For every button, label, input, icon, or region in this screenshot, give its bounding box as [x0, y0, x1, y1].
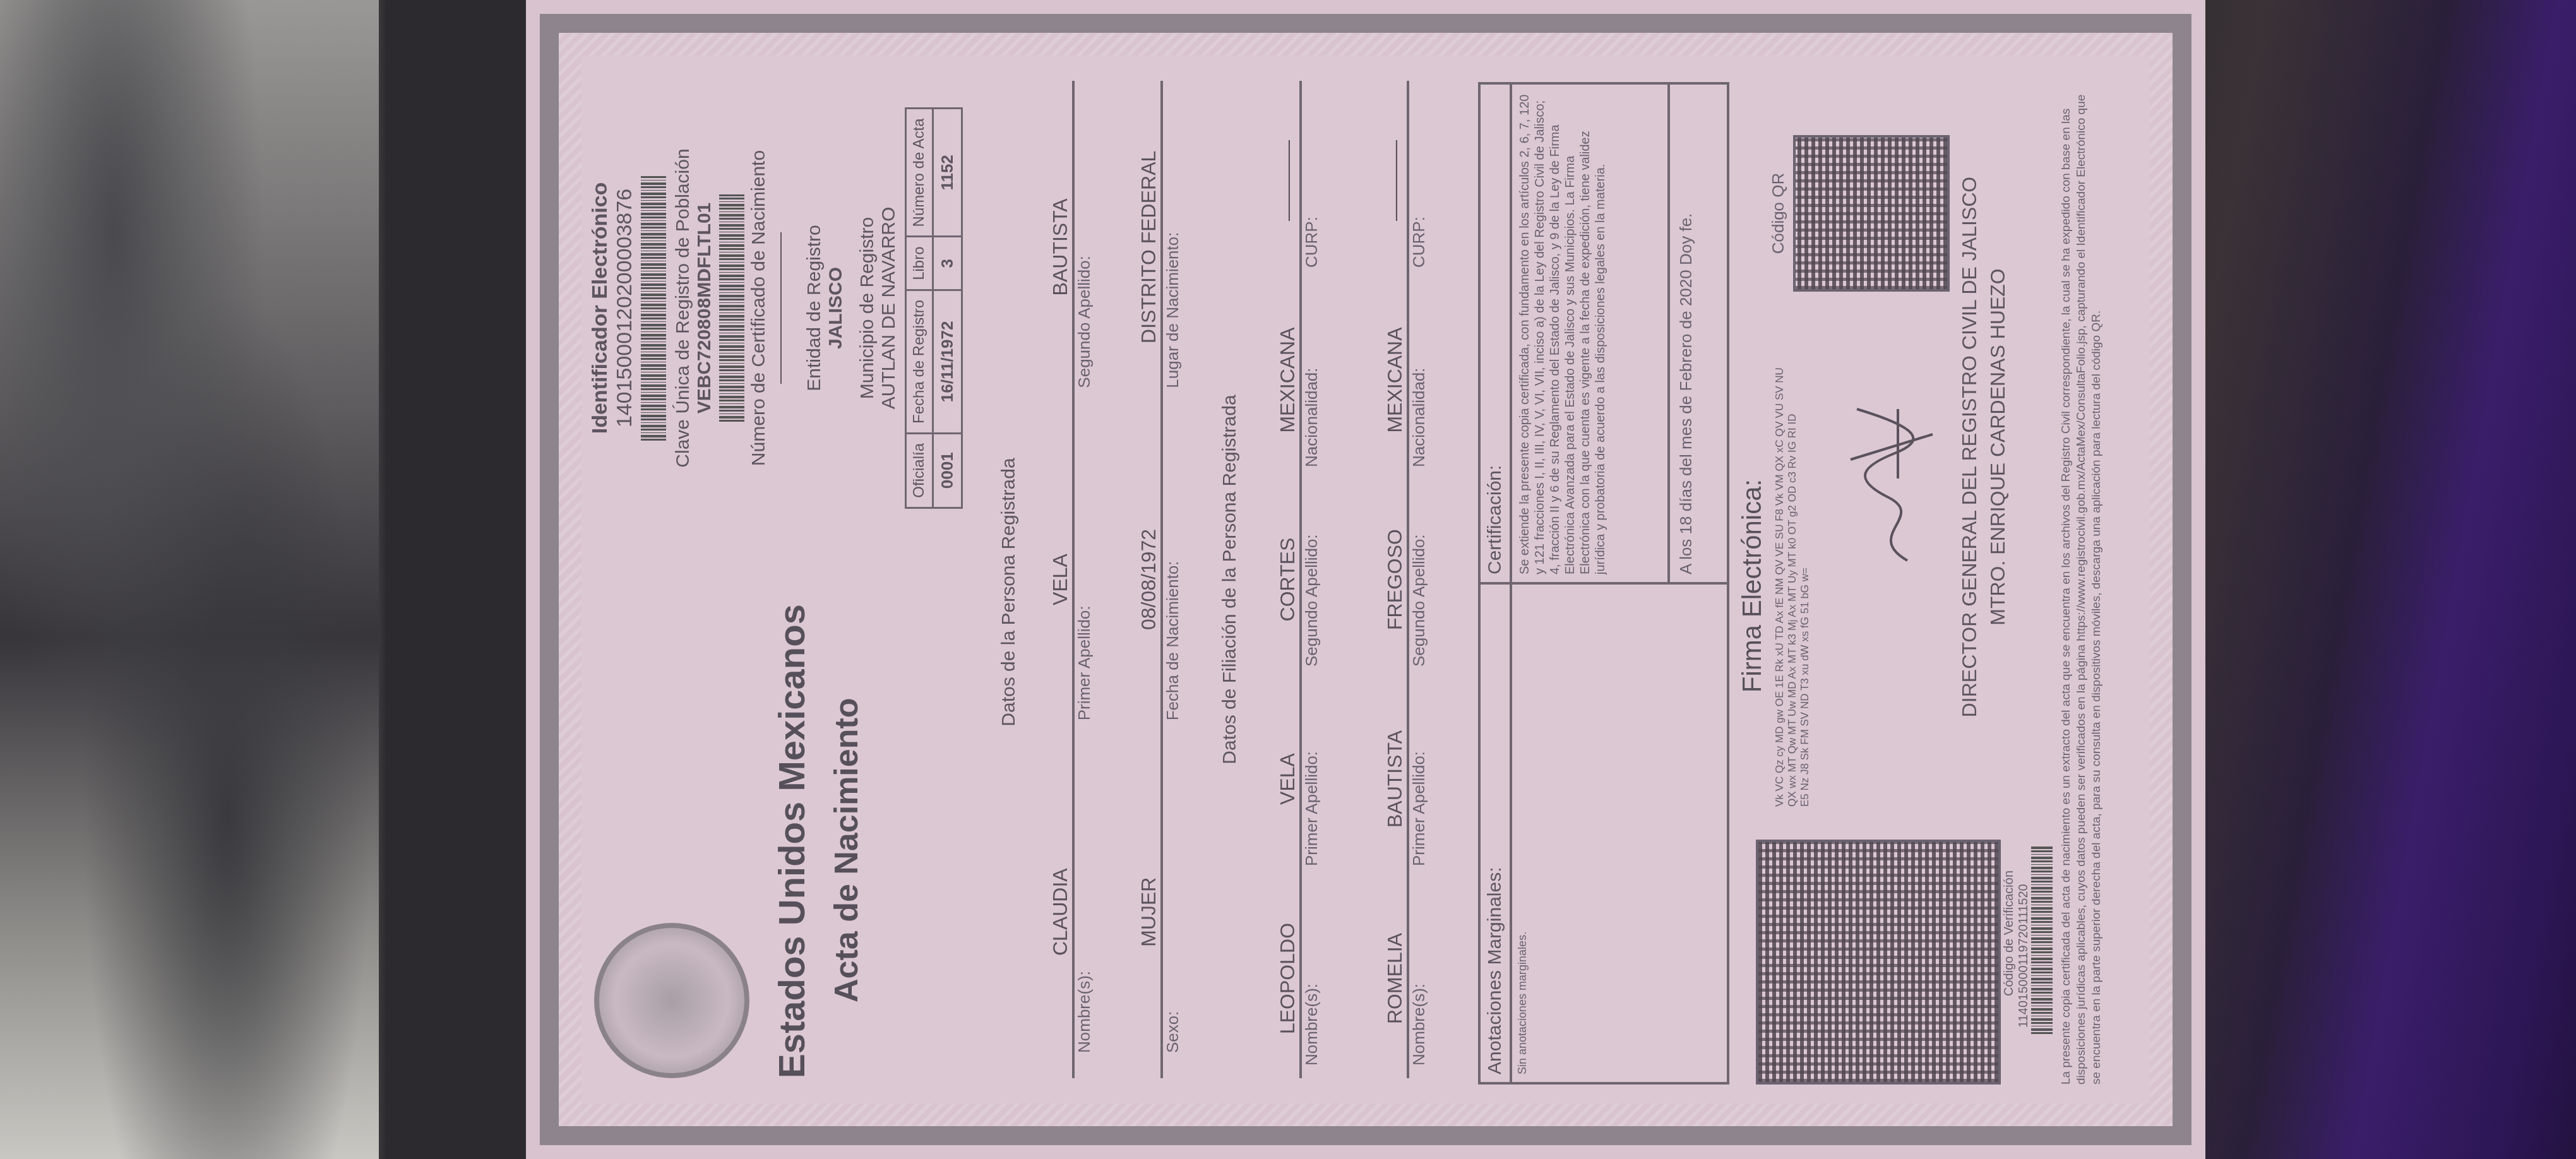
- registered-first-surname-value: VELA: [1049, 413, 1072, 746]
- registered-person-row-1: CLAUDIA VELA BAUTISTA Nombre(s): Primer …: [1049, 81, 1094, 1078]
- photo-background-floor: [0, 0, 379, 1159]
- mother-name-label: Nombre(s):: [1409, 879, 1429, 1078]
- mother-nationality-label: Nacionalidad:: [1409, 280, 1429, 480]
- document-title: Acta de Nacimiento: [828, 698, 866, 1002]
- father-second-surname-value: CORTES: [1276, 480, 1299, 679]
- director-block: DIRECTOR GENERAL DEL REGISTRO CIVIL DE J…: [1958, 87, 2010, 807]
- country-title: Estados Unidos Mexicanos: [771, 604, 813, 1078]
- registered-second-surname-value: BAUTISTA: [1049, 81, 1072, 413]
- header-fecha-registro: Fecha de Registro: [906, 290, 933, 433]
- registered-person-title: Datos de la Persona Registrada: [998, 434, 1020, 750]
- qr-block: Código QR: [1768, 106, 1950, 321]
- curp-barcode: [719, 194, 744, 422]
- header-identifiers: Identificador Electrónico 14015000120200…: [588, 68, 963, 548]
- national-seal-icon: [594, 923, 749, 1078]
- libro-value: 3: [933, 237, 962, 290]
- mother-row: ROMELIA BAUTISTA FREGOSO MEXICANA ———— N…: [1383, 81, 1429, 1078]
- sex-value: MUJER: [1137, 746, 1160, 1078]
- registered-first-surname-label: Primer Apellido:: [1075, 413, 1094, 746]
- entity-value: JALISCO: [825, 68, 847, 548]
- registered-second-surname-label: Segundo Apellido:: [1075, 81, 1094, 413]
- father-name-value: LEOPOLDO: [1276, 879, 1299, 1078]
- certification-panel: Certificación: Se extiende la presente c…: [1481, 85, 1727, 582]
- birth-certificate-document: Estados Unidos Mexicanos Acta de Nacimie…: [526, 0, 2205, 1159]
- director-name: MTRO. ENRIQUE CARDENAS HUEZO: [1986, 87, 2010, 807]
- father-nationality-label: Nacionalidad:: [1302, 280, 1321, 480]
- mother-curp-label: CURP:: [1409, 81, 1429, 280]
- certificate-number-value: ————————: [770, 68, 791, 548]
- mother-second-surname-label: Segundo Apellido:: [1409, 480, 1429, 679]
- father-curp-label: CURP:: [1302, 81, 1321, 280]
- birth-place-value: DISTRITO FEDERAL: [1137, 81, 1160, 413]
- verification-barcode: [2031, 845, 2053, 1034]
- handwritten-signature-icon: [1838, 396, 1939, 573]
- signature-line-2: QX wx MT Qw MT Uw MD Ax MT k3 Mj Ax MT U…: [1786, 365, 1799, 807]
- header-numero-acta: Número de Acta: [906, 109, 933, 237]
- registration-table: Oficialía Fecha de Registro Libro Número…: [905, 107, 963, 508]
- electronic-id-barcode: [641, 175, 666, 441]
- father-second-surname-label: Segundo Apellido:: [1302, 480, 1321, 679]
- electronic-id-label: Identificador Electrónico: [588, 68, 612, 548]
- certification-title: Certificación:: [1481, 85, 1512, 582]
- numero-acta-value: 1152: [933, 109, 962, 237]
- registered-name-value: CLAUDIA: [1049, 746, 1072, 1078]
- verification-block: Código de Verificación 11401500011972011…: [2002, 807, 2053, 1085]
- municipality-label: Municipio de Registro: [857, 68, 878, 548]
- father-first-surname-label: Primer Apellido:: [1302, 679, 1321, 879]
- birth-place-label: Lugar de Nacimiento:: [1163, 81, 1183, 413]
- mother-curp-value: ————: [1383, 81, 1407, 280]
- father-first-surname-value: VELA: [1276, 679, 1299, 879]
- mother-first-surname-value: BAUTISTA: [1383, 679, 1407, 879]
- qr-code: [1793, 135, 1950, 292]
- curp-label: Clave Única de Registro de Población: [672, 68, 694, 548]
- signature-line-3: E5 Nz J8 Sk FM SV ND T3 xu dW xs fG 51 b…: [1799, 365, 1811, 807]
- annotations-panel: Anotaciones Marginales: Sin anotaciones …: [1481, 582, 1727, 1082]
- signature-line-1: Vk VC Qz cy MD gw OE 1E Rk xU TD Ax fE N…: [1774, 365, 1786, 807]
- father-row: LEOPOLDO VELA CORTES MEXICANA ———— Nombr…: [1276, 81, 1321, 1078]
- certification-text: Se extiende la presente copia certificad…: [1512, 85, 1670, 582]
- header-oficialia: Oficialía: [906, 433, 933, 508]
- oficialia-value: 0001: [933, 433, 962, 508]
- document-body: Estados Unidos Mexicanos Acta de Nacimie…: [581, 56, 2150, 1103]
- fecha-registro-value: 16/11/1972: [933, 290, 962, 433]
- certificate-number-label: Número de Certificado de Nacimiento: [748, 68, 770, 548]
- mother-second-surname-value: FREGOSO: [1383, 480, 1407, 679]
- director-title: DIRECTOR GENERAL DEL REGISTRO CIVIL DE J…: [1958, 87, 1981, 807]
- annotations-certification-box: Anotaciones Marginales: Sin anotaciones …: [1478, 82, 1729, 1085]
- verification-value: 114015000119720111520: [2017, 807, 2031, 1085]
- verification-label: Código de Verificación: [2002, 807, 2017, 1085]
- mother-first-surname-label: Primer Apellido:: [1409, 679, 1429, 879]
- registered-name-label: Nombre(s):: [1075, 746, 1094, 1078]
- father-curp-value: ————: [1276, 81, 1299, 280]
- header-libro: Libro: [906, 237, 933, 290]
- municipality-value: AUTLAN DE NAVARRO: [878, 68, 900, 548]
- entity-label: Entidad de Registro: [804, 68, 825, 548]
- sex-label: Sexo:: [1163, 746, 1183, 1078]
- registered-person-row-2: MUJER 08/08/1972 DISTRITO FEDERAL Sexo: …: [1137, 81, 1183, 1078]
- electronic-signature-title: Firma Electrónica:: [1737, 365, 1767, 807]
- certification-date-line: A los 18 días del mes de Febrero de 2020…: [1670, 85, 1727, 582]
- annotations-content: Sin anotaciones marginales.: [1512, 585, 1533, 1082]
- verification-qr-code: [1756, 840, 2001, 1085]
- qr-label: Código QR: [1768, 106, 1788, 321]
- curp-value: VEBC720808MDFLTL01: [694, 68, 715, 548]
- mother-name-value: ROMELIA: [1383, 879, 1407, 1078]
- father-name-label: Nombre(s):: [1302, 879, 1321, 1078]
- annotations-title: Anotaciones Marginales:: [1481, 585, 1512, 1082]
- electronic-id-value: 14015000120200003876: [612, 68, 637, 548]
- filiation-title: Datos de Filiación de la Persona Registr…: [1219, 359, 1241, 800]
- mother-nationality-value: MEXICANA: [1383, 280, 1407, 480]
- father-nationality-value: MEXICANA: [1276, 280, 1299, 480]
- birth-date-label: Fecha de Nacimiento:: [1163, 413, 1183, 746]
- birth-date-value: 08/08/1972: [1137, 413, 1160, 746]
- footer-disclaimer: La presente copia certificada del acta d…: [2059, 87, 2104, 1085]
- electronic-signature-block: Firma Electrónica: Vk VC Qz cy MD gw OE …: [1737, 365, 1811, 807]
